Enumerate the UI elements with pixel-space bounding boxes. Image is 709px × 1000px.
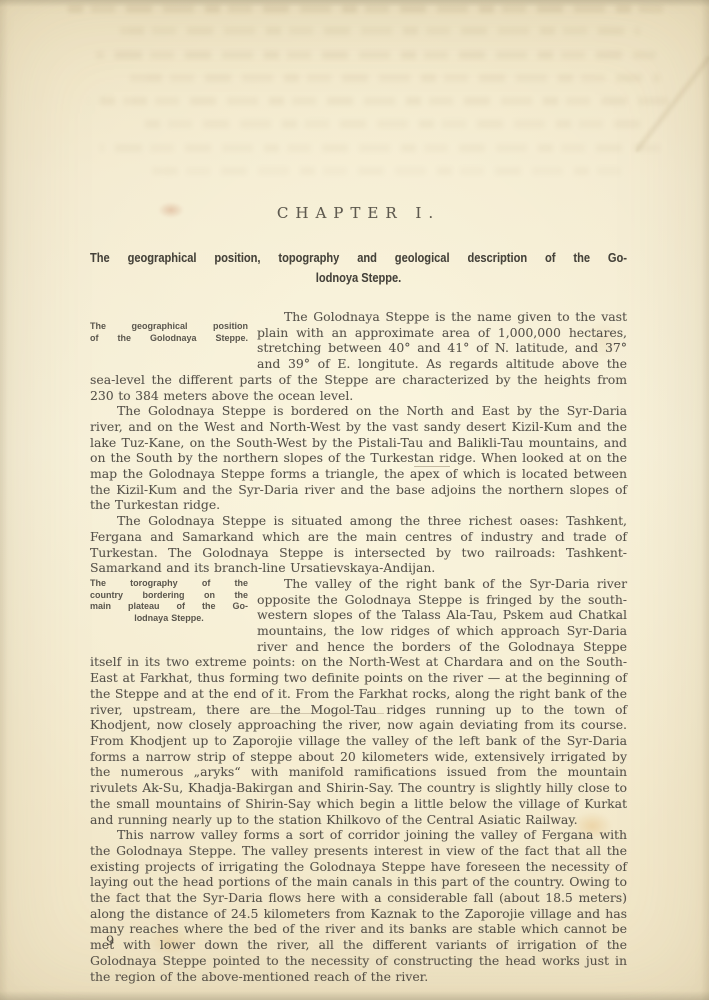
bleedthrough-line (88, 97, 668, 105)
margin-note-line: lodnaya Steppe. (90, 613, 248, 625)
paragraph-topography-valley: The torography of the country bordering … (90, 576, 627, 827)
paragraph-geographical-position: The geographical position of the Golodna… (90, 309, 627, 403)
bleedthrough-line (96, 51, 656, 59)
margin-note-line: of the Golodnaya Steppe. (90, 333, 248, 345)
margin-note-line: The geographical position (90, 321, 248, 333)
chapter-heading: CHAPTER I. (90, 204, 627, 222)
bleedthrough-line (100, 144, 660, 152)
reverse-side-bleedthrough (0, 0, 709, 200)
paragraph-text: The Golodnaya Steppe is situated among t… (90, 513, 627, 575)
paragraph-text: The Golodnaya Steppe is bordered on the … (90, 403, 627, 512)
bleedthrough-line (130, 74, 660, 82)
section-title-line1: The geographical position, topography an… (90, 248, 627, 268)
margin-note-line: main plateau of the Go- (90, 601, 248, 613)
margin-note-topography: The torography of the country bordering … (90, 576, 248, 640)
paragraph-borders: The Golodnaya Steppe is bordered on the … (90, 403, 627, 513)
margin-note-geographical-position: The geographical position of the Golodna… (90, 309, 248, 357)
margin-note-line: country bordering on the (90, 590, 248, 602)
paragraph-corridor-valley: This narrow valley forms a sort of corri… (90, 827, 627, 984)
section-title: The geographical position, topography an… (90, 248, 627, 287)
bleedthrough-line (120, 27, 640, 35)
page-number: 9 (106, 934, 114, 949)
bleedthrough-line (140, 120, 640, 128)
margin-note-line: The torography of the (90, 578, 248, 590)
book-page: CHAPTER I. The geographical position, to… (0, 0, 709, 1000)
bleedthrough-line (68, 5, 668, 13)
section-title-line2: lodnoya Steppe. (90, 268, 627, 288)
bleedthrough-line (150, 167, 630, 175)
page-content: CHAPTER I. The geographical position, to… (90, 204, 627, 984)
page-crease (636, 56, 709, 152)
paragraph-text: This narrow valley forms a sort of corri… (90, 827, 627, 983)
paragraph-oases-railroads: The Golodnaya Steppe is situated among t… (90, 513, 627, 576)
